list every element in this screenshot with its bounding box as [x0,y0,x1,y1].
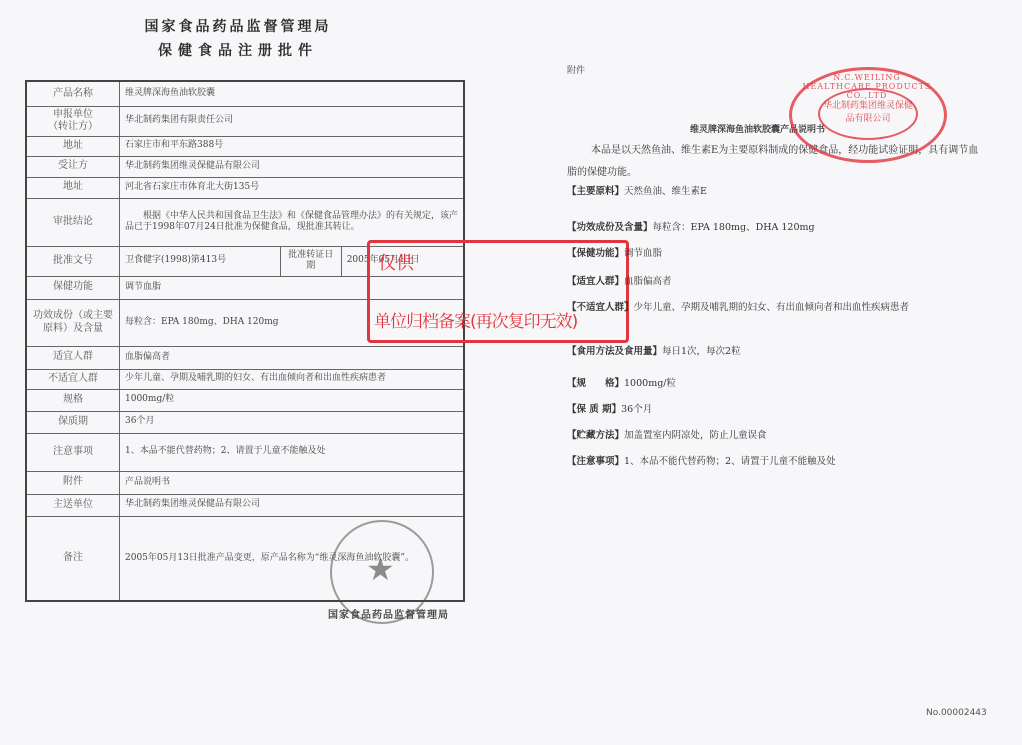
row-value: 华北制药集团维灵保健品有限公司 [120,156,465,177]
row-label: 规格 [26,389,120,411]
row-value: 卫食健字(1998)第413号 [120,246,281,276]
archive-stamp-line2: 单位归档备案(再次复印无效) [374,307,577,332]
item-value: 血脂偏高者 [624,276,672,287]
instruction-item: 【贮藏方法】加盖置室内阴凉处，防止儿童误食 [567,427,767,441]
item-key: 【食用方法及食用量】 [567,346,662,357]
row-label: 产品名称 [26,81,120,106]
row-value: 1000mg/粒 [120,389,465,411]
item-key: 【适宜人群】 [567,276,624,287]
row-label: 地址 [26,136,120,156]
serial-number: No.00002443 [926,708,987,718]
row-label: 受让方 [26,156,120,177]
row-label: 备注 [26,516,120,601]
agency-name: 国家食品药品监督管理局 [128,16,348,36]
document-type: 保健食品注册批件 [128,40,348,60]
table-row: 地址河北省石家庄市体育北大街135号 [26,177,464,198]
table-row: 受让方华北制药集团维灵保健品有限公司 [26,156,464,177]
item-value: 1、本品不能代替药物；2、请置于儿童不能触及处 [624,456,836,467]
instruction-item: 【注意事项】1、本品不能代替药物；2、请置于儿童不能触及处 [567,453,836,467]
row-value: 产品说明书 [120,471,465,494]
row-label: 地址 [26,177,120,198]
item-value: 1000mg/粒 [624,378,676,389]
table-row: 不适宜人群少年儿童、孕期及哺乳期的妇女、有出血倾向者和出血性疾病患者 [26,369,464,389]
row-label: 不适宜人群 [26,369,120,389]
item-value: 少年儿童、孕期及哺乳期的妇女、有出血倾向者和出血性疾病患者 [634,302,910,313]
row-sub-label: 批准转证日期 [280,246,341,276]
table-row: 适宜人群血脂偏高者 [26,346,464,369]
item-key: 【主要原料】 [567,186,624,197]
row-label: 审批结论 [26,198,120,246]
table-row: 附件产品说明书 [26,471,464,494]
attachment-heading: 附件 [567,63,585,76]
company-seal-chinese: 华北制药集团维灵保健品有限公司 [820,100,916,126]
item-key: 【贮藏方法】 [567,430,624,441]
item-key: 【功效成份及含量】 [567,222,653,233]
table-row: 注意事项1、本品不能代替药物；2、请置于儿童不能触及处 [26,433,464,471]
item-key: 【注意事项】 [567,456,624,467]
item-value: 加盖置室内阴凉处，防止儿童误食 [624,430,767,441]
row-value: 1、本品不能代替药物；2、请置于儿童不能触及处 [120,433,465,471]
item-value: 36个月 [621,404,652,415]
item-key: 【不适宜人群】 [567,302,634,313]
instruction-item: 【功效成份及含量】每粒含：EPA 180mg、DHA 120mg [567,219,815,233]
instruction-item: 【不适宜人群】少年儿童、孕期及哺乳期的妇女、有出血倾向者和出血性疾病患者 [567,297,987,319]
item-key: 【规 格】 [567,378,624,389]
instruction-item: 【保健功能】调节血脂 [567,245,662,259]
company-seal: N.C.WEILING HEALTHCARE PRODUCTS CO.,LTD … [789,67,947,163]
table-row: 规格1000mg/粒 [26,389,464,411]
row-label: 申报单位（转让方） [26,106,120,136]
row-value: 石家庄市和平东路388号 [120,136,465,156]
row-value: 根据《中华人民共和国食品卫生法》和《保健食品管理办法》的有关规定，该产品已于19… [120,198,465,246]
row-value: 华北制药集团维灵保健品有限公司 [120,494,465,516]
item-value: 每粒含：EPA 180mg、DHA 120mg [653,222,815,233]
row-label: 批准文号 [26,246,120,276]
table-row: 保质期36个月 [26,411,464,433]
row-label: 保质期 [26,411,120,433]
table-row: 申报单位（转让方）华北制药集团有限责任公司 [26,106,464,136]
row-label: 功效成份（或主要原料）及含量 [26,299,120,346]
item-value: 每日1次，每次2粒 [662,346,741,357]
row-label: 适宜人群 [26,346,120,369]
row-label: 主送单位 [26,494,120,516]
item-value: 调节血脂 [624,248,662,259]
row-value: 华北制药集团有限责任公司 [120,106,465,136]
table-row: 地址石家庄市和平东路388号 [26,136,464,156]
row-label: 附件 [26,471,120,494]
row-label: 注意事项 [26,433,120,471]
row-value: 少年儿童、孕期及哺乳期的妇女、有出血倾向者和出血性疾病患者 [120,369,465,389]
table-row: 主送单位华北制药集团维灵保健品有限公司 [26,494,464,516]
issuer-name: 国家食品药品监督管理局 [328,606,449,621]
instruction-item: 【适宜人群】血脂偏高者 [567,273,672,287]
instruction-item: 【主要原料】天然鱼油、维生素E [567,183,707,197]
row-value: 维灵牌深海鱼油软胶囊 [120,81,465,106]
instruction-item: 【保 质 期】36个月 [567,401,652,415]
instruction-item: 【规 格】1000mg/粒 [567,375,676,389]
item-key: 【保 质 期】 [567,404,621,415]
item-value: 天然鱼油、维生素E [624,186,707,197]
table-row: 审批结论根据《中华人民共和国食品卫生法》和《保健食品管理办法》的有关规定，该产品… [26,198,464,246]
star-icon: ★ [366,550,395,588]
row-label: 保健功能 [26,276,120,299]
table-row: 产品名称维灵牌深海鱼油软胶囊 [26,81,464,106]
row-value: 河北省石家庄市体育北大街135号 [120,177,465,198]
row-value: 36个月 [120,411,465,433]
item-key: 【保健功能】 [567,248,624,259]
row-value: 血脂偏高者 [120,346,465,369]
archive-stamp-line1: 仅供 [378,249,414,275]
instruction-item: 【食用方法及食用量】每日1次，每次2粒 [567,343,741,357]
